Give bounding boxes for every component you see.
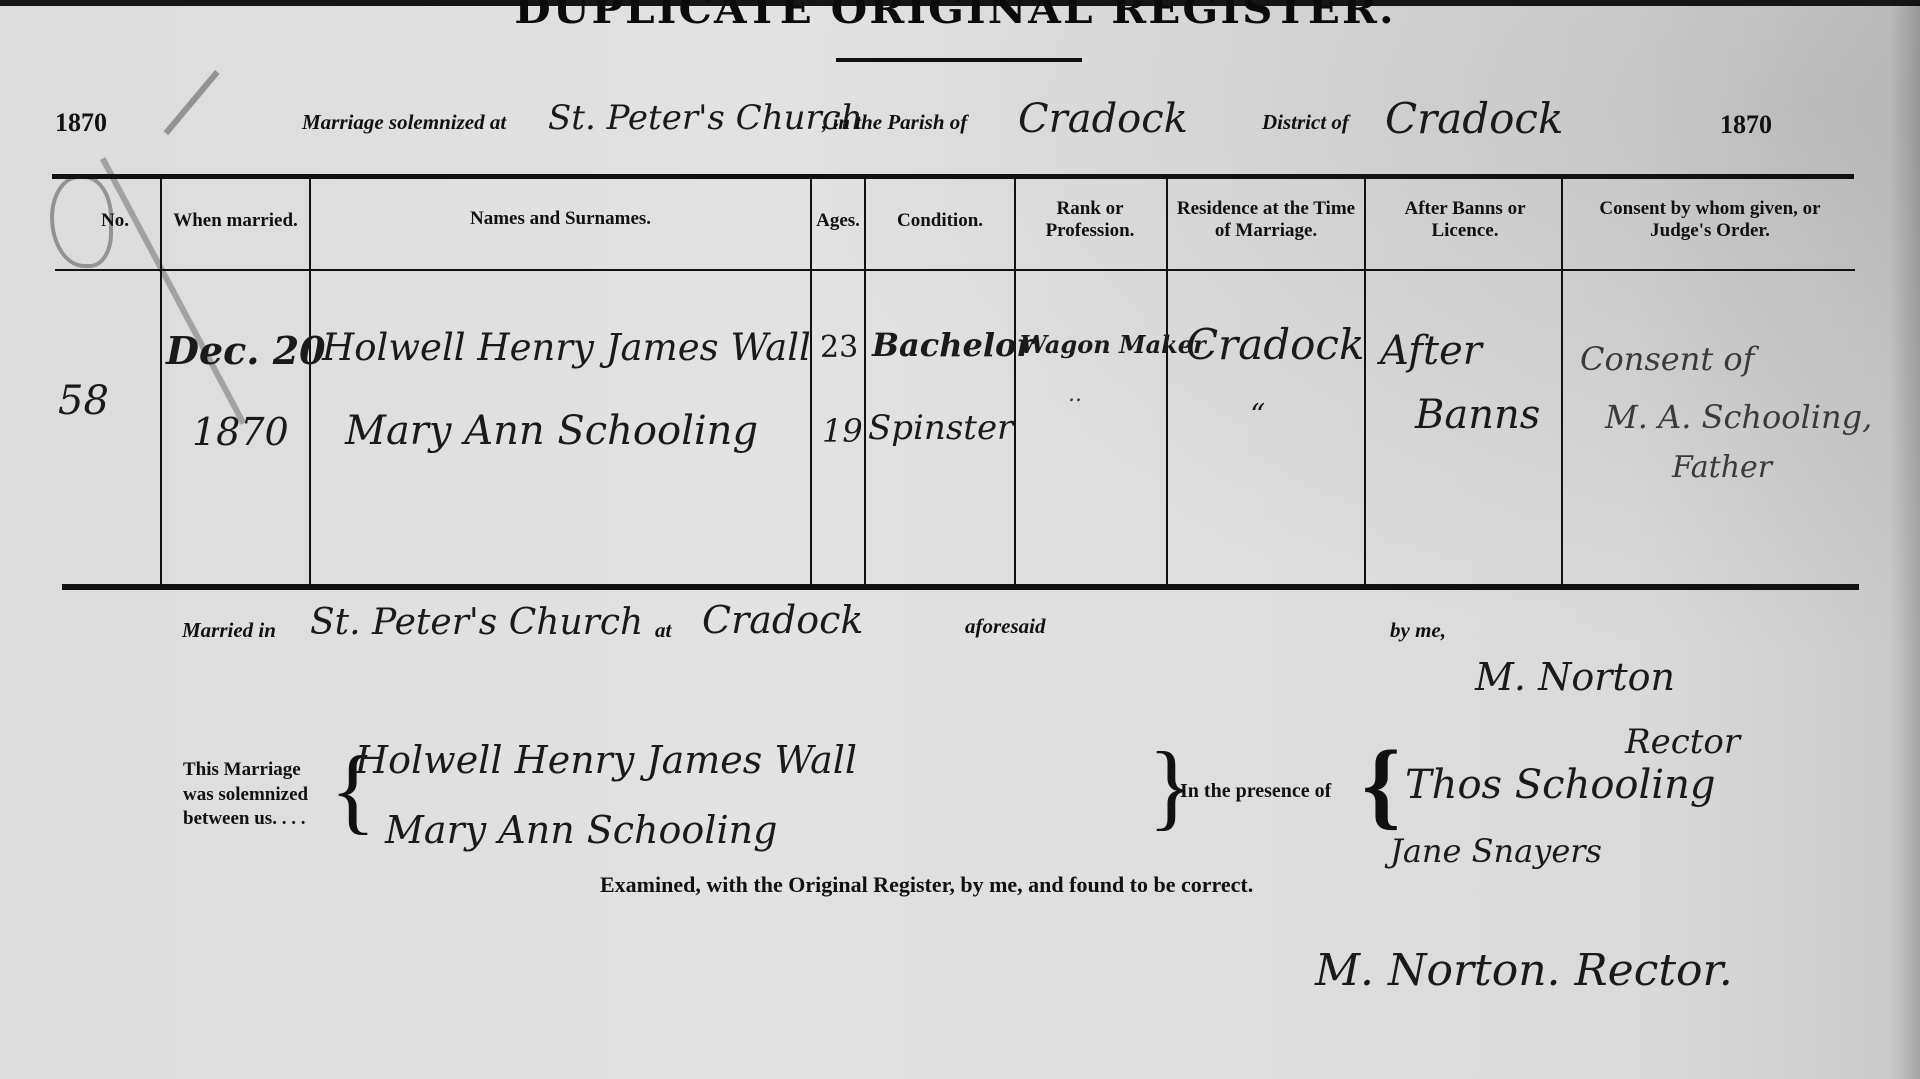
signature-groom: Holwell Henry James Wall	[355, 738, 857, 782]
register-title: DUPLICATE ORIGINAL REGISTER.	[483, 0, 1428, 33]
entry-groom-condition: Bachelor	[872, 326, 1033, 364]
col-header-names: Names and Surnames.	[311, 208, 810, 230]
entry-consent-line3: Father	[1672, 450, 1772, 485]
district-label: District of	[1262, 110, 1349, 135]
solemnized-label-line1: This Marriage	[183, 758, 308, 783]
district-value: Cradock	[1385, 94, 1563, 143]
officiant-name: M. Norton	[1475, 655, 1675, 699]
col-header-no: No.	[70, 210, 160, 232]
presence-label: In the presence of	[1180, 780, 1331, 803]
col-divider	[309, 178, 311, 584]
col-divider	[1561, 178, 1563, 584]
examined-statement: Examined, with the Original Register, by…	[600, 872, 1253, 898]
year-right: 1870	[1720, 110, 1772, 140]
table-top-rule	[52, 174, 1854, 179]
aforesaid-label: aforesaid	[965, 614, 1046, 639]
col-header-condition: Condition.	[866, 210, 1014, 232]
col-header-banns: After Banns or Licence.	[1390, 198, 1540, 242]
marriage-solemnized-label: Marriage solemnized at	[302, 110, 506, 135]
at-value: Cradock	[702, 598, 863, 642]
col-header-when-married: When married.	[162, 210, 309, 232]
witness-1: Thos Schooling	[1405, 762, 1715, 808]
entry-bride-name: Mary Ann Schooling	[345, 408, 758, 454]
signature-bride: Mary Ann Schooling	[385, 808, 777, 852]
year-left: 1870	[55, 108, 107, 138]
table-bottom-rule	[62, 584, 1859, 590]
married-in-label: Married in	[182, 618, 276, 643]
col-divider	[1014, 178, 1016, 584]
entry-date-line1: Dec. 20	[166, 328, 326, 373]
witness-2: Jane Snayers	[1390, 832, 1602, 870]
at-label: at	[655, 618, 671, 643]
col-header-ages: Ages.	[812, 210, 864, 232]
entry-date-line2: 1870	[192, 410, 289, 454]
by-me-label: by me,	[1390, 618, 1446, 643]
col-divider	[1364, 178, 1366, 584]
entry-consent-line1: Consent of	[1580, 340, 1754, 378]
title-underline	[836, 58, 1082, 62]
col-header-rank: Rank or Profession.	[1040, 198, 1140, 242]
col-header-residence: Residence at the Time of Marriage.	[1168, 198, 1364, 242]
entry-banns-line2: Banns	[1415, 392, 1540, 438]
entry-bride-condition: Spinster	[868, 408, 1013, 448]
officiant-title: Rector	[1625, 722, 1740, 762]
entry-consent-line2: M. A. Schooling,	[1605, 398, 1872, 436]
table-header-rule	[55, 269, 1855, 271]
margin-pencil-stroke	[100, 157, 246, 425]
entry-banns-line1: After	[1380, 328, 1482, 374]
entry-groom-residence: Cradock	[1186, 320, 1364, 369]
married-in-value: St. Peter's Church	[310, 602, 643, 643]
entry-groom-age: 23	[820, 330, 858, 365]
parish-value: Cradock	[1018, 96, 1188, 142]
solemnized-label: This Marriage was solemnized between us.…	[183, 758, 308, 832]
marriage-solemnized-value: St. Peter's Church	[548, 98, 863, 138]
examiner-signature: M. Norton. Rector.	[1315, 945, 1733, 996]
entry-bride-residence: “	[1250, 398, 1265, 433]
col-divider	[810, 178, 812, 584]
double-brace-icon: {	[1362, 736, 1401, 834]
margin-pencil-tick	[164, 70, 220, 135]
col-header-consent: Consent by whom given, or Judge's Order.	[1575, 198, 1845, 242]
col-divider	[160, 178, 162, 584]
entry-groom-name: Holwell Henry James Wall	[322, 326, 811, 369]
page-curl-shadow	[1890, 0, 1920, 1079]
col-divider	[864, 178, 866, 584]
entry-bride-age: 19	[822, 412, 863, 450]
solemnized-label-line2: was solemnized	[183, 783, 308, 808]
entry-groom-profession: Wagon Maker	[1020, 330, 1206, 359]
entry-bride-profession: ..	[1068, 382, 1082, 407]
parish-label: , in the Parish of	[822, 110, 967, 135]
entry-number: 58	[58, 378, 109, 424]
solemnized-label-line3: between us. . . .	[183, 807, 308, 832]
